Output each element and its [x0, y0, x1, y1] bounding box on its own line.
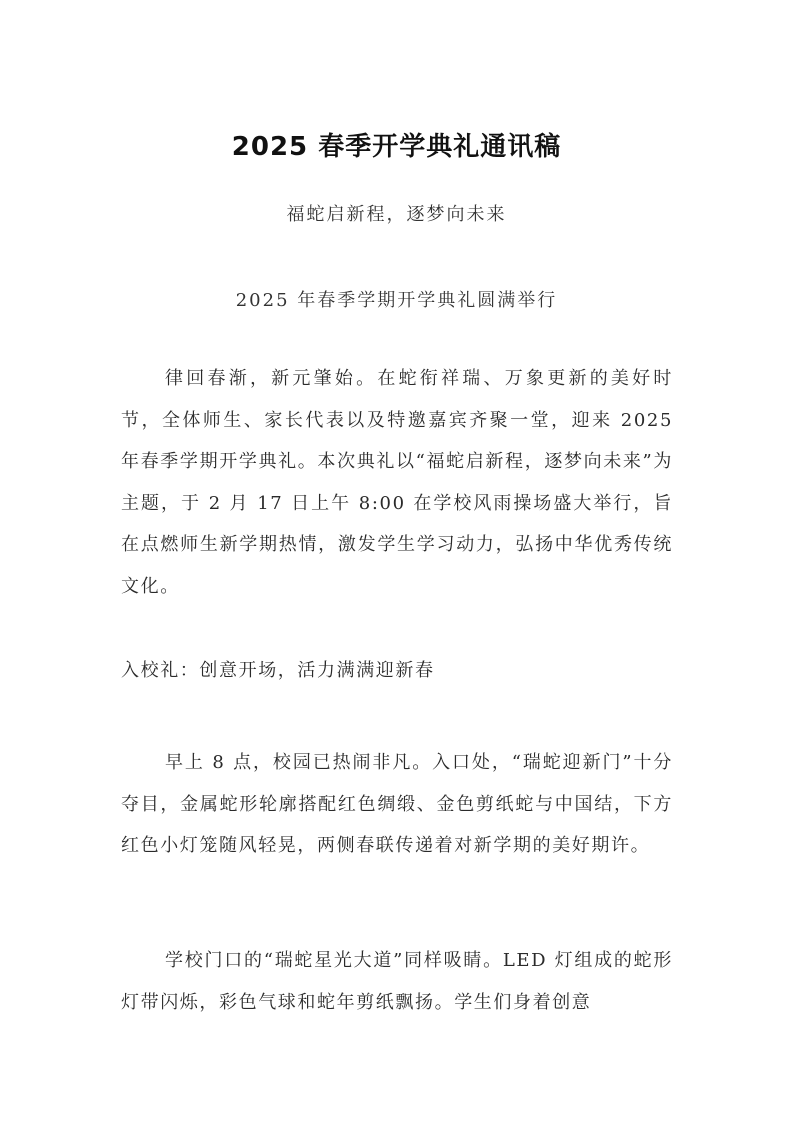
document-title: 2025 春季开学典礼通讯稿: [0, 126, 793, 163]
document-page: 2025 春季开学典礼通讯稿 福蛇启新程，逐梦向未来 2025 年春季学期开学典…: [0, 0, 793, 1122]
document-subtitle: 福蛇启新程，逐梦向未来: [0, 200, 793, 226]
section-heading: 入校礼：创意开场，活力满满迎新春: [121, 656, 435, 682]
entrance-paragraph: 早上 8 点，校园已热闹非凡。入口处，“瑞蛇迎新门”十分夺目，金属蛇形轮廓搭配红…: [121, 742, 673, 867]
starlight-avenue-paragraph: 学校门口的“瑞蛇星光大道”同样吸睛。LED 灯组成的蛇形灯带闪烁，彩色气球和蛇年…: [121, 940, 673, 1023]
document-subheadline: 2025 年春季学期开学典礼圆满举行: [0, 286, 793, 312]
intro-paragraph: 律回春渐，新元肇始。在蛇衔祥瑞、万象更新的美好时节，全体师生、家长代表以及特邀嘉…: [121, 358, 673, 607]
